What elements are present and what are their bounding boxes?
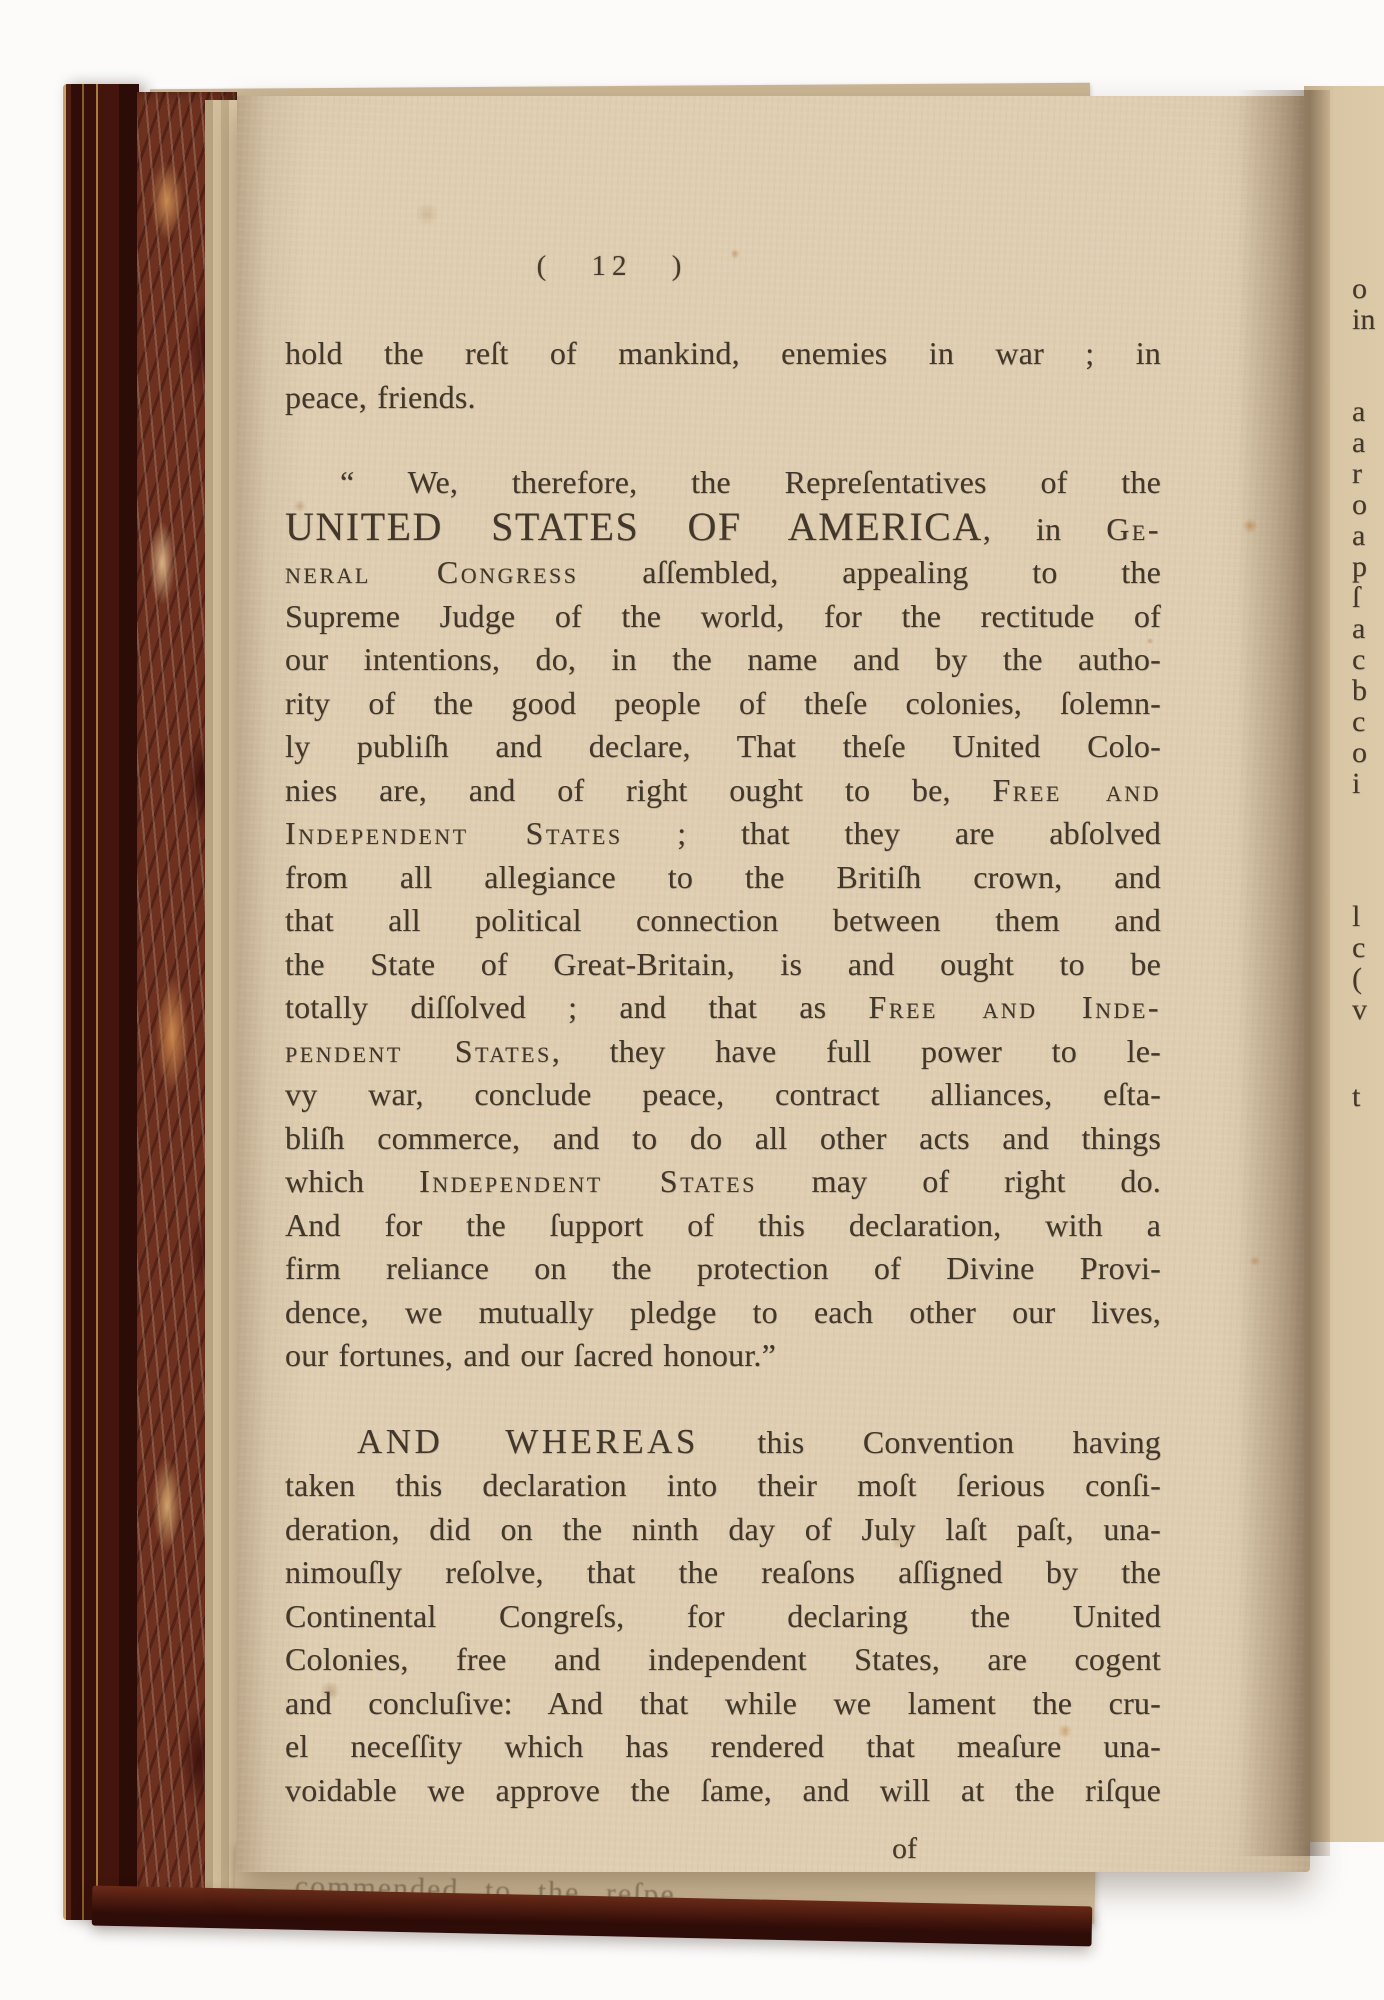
text-segment: and concluſive: And that while we lament…: [285, 1685, 1161, 1721]
text-segment: taken this declaration into their moſt ſ…: [285, 1467, 1161, 1503]
text-segment: may of right do.: [757, 1163, 1161, 1199]
cropped-letter: v: [1352, 993, 1367, 1027]
paragraph: AND WHEREAS this Convention havingtaken …: [285, 1420, 1161, 1813]
text-line: our intentions, do, in the name and by t…: [285, 638, 1161, 682]
cropped-letter: c: [1352, 931, 1365, 965]
paragraph: “ We, therefore, the Repreſentatives of …: [285, 461, 1161, 1378]
text-line: Independent States ; that they are abſol…: [285, 812, 1161, 856]
text-line: our fortunes, and our ſacred honour.”: [285, 1334, 1161, 1378]
cropped-letter: a: [1352, 395, 1365, 429]
text-segment: nies are, and of right ought to be,: [285, 772, 992, 808]
text-segment: pendent States: [285, 1033, 552, 1069]
cropped-letter: o: [1352, 736, 1367, 770]
text-line: that all political connection between th…: [285, 899, 1161, 943]
cropped-letter: ſ: [1352, 581, 1360, 615]
cropped-letter: t: [1352, 1080, 1360, 1114]
text-segment: nimouſly reſolve, that the reaſons aſſig…: [285, 1554, 1161, 1590]
cropped-letter: c: [1352, 643, 1365, 677]
facing-page-sliver: oinaaroapſacbcoilc(vt: [1304, 86, 1384, 1842]
cropped-letter: o: [1352, 272, 1367, 306]
text-segment: Colonies, free and independent States, a…: [285, 1641, 1161, 1677]
text-line: from all allegiance to the Britiſh crown…: [285, 856, 1161, 900]
book-photo: commended to the reſpe ( 12 ) hold the r…: [0, 0, 1384, 2000]
text-line: el neceſſity which has rendered that mea…: [285, 1725, 1161, 1769]
cropped-letter: l: [1352, 900, 1360, 934]
text-line: nies are, and of right ought to be, Free…: [285, 769, 1161, 813]
text-line: “ We, therefore, the Repreſentatives of …: [285, 461, 1161, 505]
text-line: And for the ſupport of this declaration,…: [285, 1204, 1161, 1248]
cropped-letter: (: [1352, 962, 1362, 996]
text-segment: rity of the good people of theſe colonie…: [285, 685, 1161, 721]
text-segment: AND WHEREAS: [357, 1422, 699, 1461]
text-segment: ly publiſh and declare, That theſe Unite…: [285, 728, 1161, 764]
text-segment: deration, did on the ninth day of July l…: [285, 1511, 1161, 1547]
text-segment: which: [285, 1163, 419, 1199]
text-line: which Independent States may of right do…: [285, 1160, 1161, 1204]
text-line: ly publiſh and declare, That theſe Unite…: [285, 725, 1161, 769]
text-line: neral Congress aſſembled, appealing to t…: [285, 551, 1161, 595]
cropped-letter: c: [1352, 705, 1365, 739]
cropped-letter: a: [1352, 612, 1365, 646]
text-segment: hold the reſt of mankind, enemies in war…: [285, 335, 1161, 371]
text-line: bliſh commerce, and to do all other acts…: [285, 1117, 1161, 1161]
text-segment: And for the ſupport of this declaration,…: [285, 1207, 1161, 1243]
text-segment: ; that they are abſolved: [623, 815, 1161, 851]
page-text-block: hold the reſt of mankind, enemies in war…: [285, 332, 1161, 1812]
text-line: pendent States, they have full power to …: [285, 1030, 1161, 1074]
text-segment: that all political connection between th…: [285, 902, 1161, 938]
cropped-letter: p: [1352, 550, 1367, 584]
text-segment: , in: [983, 511, 1107, 547]
cropped-letter: i: [1352, 767, 1360, 801]
text-segment: neral Congress: [285, 554, 579, 590]
cropped-letter: a: [1352, 426, 1365, 460]
text-segment: from all allegiance to the Britiſh crown…: [285, 859, 1161, 895]
text-line: and concluſive: And that while we lament…: [285, 1682, 1161, 1726]
text-segment: Continental Congreſs, for declaring the …: [285, 1598, 1161, 1634]
text-line: vy war, conclude peace, contract allianc…: [285, 1073, 1161, 1117]
text-line: dence, we mutually pledge to each other …: [285, 1291, 1161, 1335]
text-line: firm reliance on the protection of Divin…: [285, 1247, 1161, 1291]
cropped-letter: o: [1352, 488, 1367, 522]
text-segment: dence, we mutually pledge to each other …: [285, 1294, 1161, 1330]
text-line: nimouſly reſolve, that the reaſons aſſig…: [285, 1551, 1161, 1595]
text-line: the State of Great-Britain, is and ought…: [285, 943, 1161, 987]
text-line: UNITED STATES OF AMERICA, in Ge-: [285, 505, 1161, 552]
text-segment: Independent States: [419, 1163, 757, 1199]
text-segment: aſſembled, appealing to the: [579, 554, 1161, 590]
text-segment: Independent States: [285, 815, 623, 851]
text-segment: our intentions, do, in the name and by t…: [285, 641, 1161, 677]
text-segment: our fortunes, and our ſacred honour.”: [285, 1337, 776, 1373]
text-segment: , they have full power to le-: [552, 1033, 1161, 1069]
text-segment: this Convention having: [699, 1424, 1161, 1460]
leather-cover-spine: [63, 84, 139, 1920]
text-segment: UNITED STATES OF AMERICA: [285, 504, 983, 549]
text-segment: Free and: [992, 772, 1161, 808]
text-segment: firm reliance on the protection of Divin…: [285, 1250, 1161, 1286]
text-line: totally diſſolved ; and that as Free and…: [285, 986, 1161, 1030]
paragraph: hold the reſt of mankind, enemies in war…: [285, 332, 1161, 419]
text-line: rity of the good people of theſe colonie…: [285, 682, 1161, 726]
text-line: Supreme Judge of the world, for the rect…: [285, 595, 1161, 639]
text-segment: totally diſſolved ; and that as: [285, 989, 869, 1025]
cropped-letter: b: [1352, 674, 1367, 708]
text-segment: bliſh commerce, and to do all other acts…: [285, 1120, 1161, 1156]
text-segment: Supreme Judge of the world, for the rect…: [285, 598, 1161, 634]
text-segment: Ge-: [1106, 511, 1161, 547]
cropped-letter: r: [1352, 457, 1362, 491]
text-line: Continental Congreſs, for declaring the …: [285, 1595, 1161, 1639]
text-line: deration, did on the ninth day of July l…: [285, 1508, 1161, 1552]
text-segment: voidable we approve the ſame, and will a…: [285, 1772, 1161, 1808]
text-segment: vy war, conclude peace, contract allianc…: [285, 1076, 1161, 1112]
text-line: peace, friends.: [285, 376, 1161, 420]
text-segment: el neceſſity which has rendered that mea…: [285, 1728, 1161, 1764]
text-line: voidable we approve the ſame, and will a…: [285, 1769, 1161, 1813]
catchword: of: [892, 1832, 917, 1866]
text-segment: Free and Inde-: [869, 989, 1161, 1025]
text-line: taken this declaration into their moſt ſ…: [285, 1464, 1161, 1508]
page-number: ( 12 ): [287, 250, 937, 283]
text-segment: “ We, therefore, the Repreſentatives of …: [340, 464, 1161, 500]
text-segment: the State of Great-Britain, is and ought…: [285, 946, 1161, 982]
cropped-letter: in: [1352, 303, 1375, 337]
text-line: AND WHEREAS this Convention having: [285, 1420, 1161, 1465]
book-page: ( 12 ) hold the reſt of mankind, enemies…: [237, 96, 1310, 1872]
text-line: Colonies, free and independent States, a…: [285, 1638, 1161, 1682]
cropped-letter: a: [1352, 519, 1365, 553]
text-segment: peace, friends.: [285, 379, 476, 415]
text-line: hold the reſt of mankind, enemies in war…: [285, 332, 1161, 376]
